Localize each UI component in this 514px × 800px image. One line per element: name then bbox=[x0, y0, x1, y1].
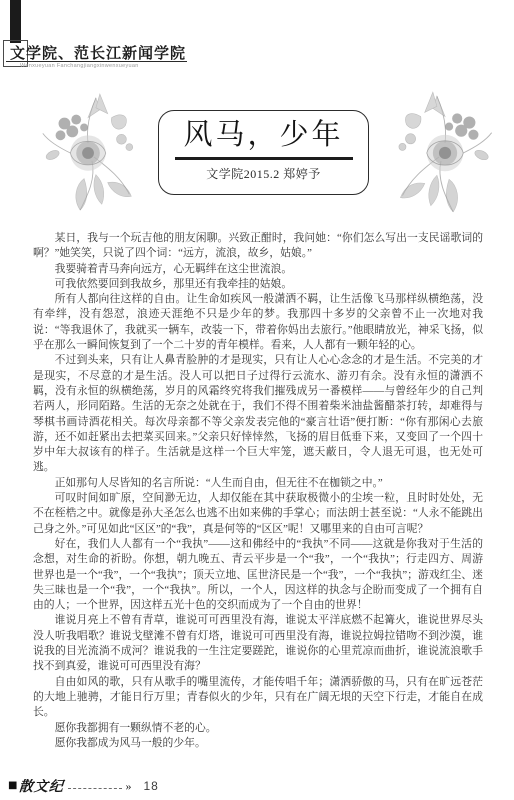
floral-sketch-right-icon bbox=[380, 82, 506, 228]
article-body: 某日，我与一个玩吉他的朋友闲聊。兴致正酣时，我问她：“你们怎么写出一支民谣歌词的… bbox=[33, 231, 483, 751]
article-paragraph: 某日，我与一个玩吉他的朋友闲聊。兴致正酣时，我问她：“你们怎么写出一支民谣歌词的… bbox=[33, 231, 483, 262]
dotted-leader bbox=[68, 788, 122, 789]
page-footer: ■ 散文纪 » 18 bbox=[8, 777, 159, 795]
article-paragraph: 所有人都向往这样的自由。让生命如疾风一般潇洒不羁，让生活像飞马那样纵横绝荡，没有… bbox=[33, 292, 483, 353]
article-title-box: 风马，少年 文学院2015.2 郑婷予 bbox=[158, 110, 369, 195]
article-paragraph: 我要骑着青马奔向远方，心无羁绊在这尘世流浪。 bbox=[33, 262, 483, 277]
header-black-bar bbox=[10, 0, 21, 43]
article-paragraph: 正如那句人尽皆知的名言所说：“人生而自由，但无往不在枷锁之中。” bbox=[33, 476, 483, 491]
section-label: 散文纪 bbox=[19, 776, 65, 796]
column-header: 文学院、范长江新闻学院 bbox=[10, 42, 186, 63]
article-paragraph: 自由如风的歌，只有从歌手的嘴里流传，才能传唱千年；潇洒骄傲的马，只有在旷远苍茫的… bbox=[33, 675, 483, 721]
magazine-page: 文学院、范长江新闻学院 Wenxueyuan Fanchangjiangxinw… bbox=[0, 0, 514, 800]
article-paragraph: 可叹时间如旷原，空间渺无边，人却仅能在其中获取极微小的尘埃一粒，且时时处处，无不… bbox=[33, 491, 483, 537]
header-underline bbox=[6, 61, 187, 62]
square-bullet-icon: ■ bbox=[8, 781, 17, 791]
article-paragraph: 愿你我都成为风马一般的少年。 bbox=[33, 736, 483, 751]
page-number: 18 bbox=[143, 779, 158, 793]
article-paragraph: 愿你我都拥有一颗纵情不老的心。 bbox=[33, 721, 483, 736]
floral-sketch-left-icon bbox=[31, 84, 149, 226]
article-paragraph: 可我依然要回到我故乡，那里还有我牵挂的姑娘。 bbox=[33, 277, 483, 292]
title-divider-rule bbox=[175, 157, 353, 160]
column-header-pinyin: Wenxueyuan Fanchangjiangxinwenxueyuan bbox=[20, 63, 139, 69]
article-paragraph: 好在，我们人人都有一个“我执”——这和佛经中的“我执”不同——这就是你我对于生活… bbox=[33, 537, 483, 613]
article-paragraph: 不过到头来，只有让人鼻青脸肿的才是现实，只有让人心心念念的才是生活。不完美的才是… bbox=[33, 353, 483, 475]
article-byline: 文学院2015.2 郑婷予 bbox=[159, 165, 368, 182]
article-title: 风马，少年 bbox=[159, 118, 368, 153]
article-paragraph: 谁说月亮上不曾有青草，谁说可可西里没有海，谁说太平洋底燃不起篝火，谁说世界尽头没… bbox=[33, 613, 483, 674]
guillemet-arrow-icon: » bbox=[125, 779, 131, 794]
